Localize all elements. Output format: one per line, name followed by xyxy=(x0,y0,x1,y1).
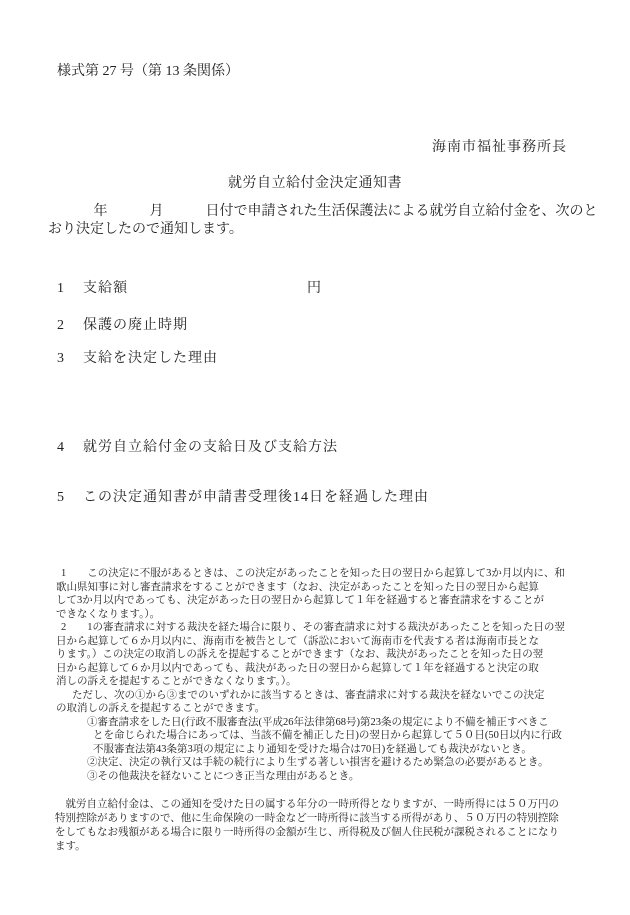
item-number: 2 xyxy=(57,318,83,334)
note-line: 日から起算して６か月以内であっても、裁決があった日の翌日から起算して１年を経過す… xyxy=(55,662,565,676)
item-label: 就労自立給付金の支給日及び支給方法 xyxy=(83,440,338,455)
note-line: とを命じられた場合にあっては、当該不備を補正した日)の翌日から起算して５０日(5… xyxy=(55,729,565,743)
item-row-5: 5この決定通知書が申請書受理後14日を経過した理由 xyxy=(57,486,429,504)
item-number: 5 xyxy=(57,490,83,506)
note-line: 2 1の審査請求に対する裁決を経た場合に限り、その審査請求に対する裁決があったこ… xyxy=(55,621,565,635)
intro-line-decision: おり決定したので通知します。 xyxy=(48,221,598,239)
item-label: この決定通知書が申請書受理後14日を経過した理由 xyxy=(83,490,429,505)
item-row-2: 2保護の廃止時期 xyxy=(57,314,188,332)
note-line: ります。）この決定の取消しの訴えを提起することができます（なお、裁決があったこと… xyxy=(55,648,565,662)
item-row-3: 3支給を決定した理由 xyxy=(57,347,218,365)
item-suffix-yen: 円 xyxy=(307,277,322,297)
note-line: ①審査請求をした日(行政不服審査法(平成26年法律第68号)第23条の規定により… xyxy=(55,716,565,730)
form-number: 様式第 27 号（第 13 条関係） xyxy=(57,60,239,80)
note-line: ②決定、決定の執行又は手続の続行により生ずる著しい損害を避けるため緊急の必要があ… xyxy=(55,756,565,770)
intro-line-date: 年 月 日付で申請された生活保護法による就労自立給付金を、次のと xyxy=(48,203,598,221)
note-line: 1 この決定に不服があるときは、この決定があったことを知った日の翌日から起算して… xyxy=(55,567,565,581)
item-label: 保護の廃止時期 xyxy=(83,318,188,333)
item-label: 支給を決定した理由 xyxy=(83,351,218,366)
note-line: できなくなります。）。 xyxy=(55,608,565,622)
tax-note-line: 特別控除がありますので、他に生命保険の一時金など一時所得に該当する所得があり、５… xyxy=(55,812,559,826)
tax-note-line: 就労自立給付金は、この通知を受けた日の属する年分の一時所得となりますが、一時所得… xyxy=(55,798,559,812)
item-row-1: 1支給額円 xyxy=(57,277,128,295)
tax-note-line: をしてもなお残額がある場合に限り一時所得の金額が生じ、所得税及び個人住民税が課税… xyxy=(55,826,559,840)
tax-note-paragraph: 就労自立給付金は、この通知を受けた日の属する年分の一時所得となりますが、一時所得… xyxy=(55,798,559,854)
item-number: 3 xyxy=(57,351,83,367)
addressee-office-director: 海南市福祉事務所長 xyxy=(432,136,567,156)
note-line: 歌山県知事に対し審査請求をすることができます（なお、決定があったことを知った日の… xyxy=(55,581,565,595)
note-line: 消しの訴えを提起することができなくなります。）。 xyxy=(55,675,565,689)
notice-document-page: 様式第 27 号（第 13 条関係） 海南市福祉事務所長 就労自立給付金決定通知… xyxy=(0,0,630,915)
note-line: して3か月以内であっても、決定があった日の翌日から起算して１年を経過すると審査請… xyxy=(55,594,565,608)
intro-paragraph: 年 月 日付で申請された生活保護法による就労自立給付金を、次のと おり決定したの… xyxy=(48,203,598,238)
note-line: の取消しの訴えを提起することができます。 xyxy=(55,702,565,716)
appeal-notes: 1 この決定に不服があるときは、この決定があったことを知った日の翌日から起算して… xyxy=(55,567,565,783)
item-label: 支給額 xyxy=(83,281,128,296)
tax-note-line: ます。 xyxy=(55,840,559,854)
note-line: 日から起算して６か月以内に、海南市を被告として（訴訟において海南市を代表する者は… xyxy=(55,635,565,649)
item-row-4: 4就労自立給付金の支給日及び支給方法 xyxy=(57,436,338,454)
document-title: 就労自立給付金決定通知書 xyxy=(0,172,630,192)
note-line: 不服審査法第43条第3項の規定により通知を受けた場合は70日)を経過しても裁決が… xyxy=(55,743,565,757)
item-number: 4 xyxy=(57,440,83,456)
note-line: ただし、次の①から③までのいずれかに該当するときは、審査請求に対する裁決を経ない… xyxy=(55,689,565,703)
item-number: 1 xyxy=(57,281,83,297)
note-line: ③その他裁決を経ないことにつき正当な理由があるとき。 xyxy=(55,770,565,784)
